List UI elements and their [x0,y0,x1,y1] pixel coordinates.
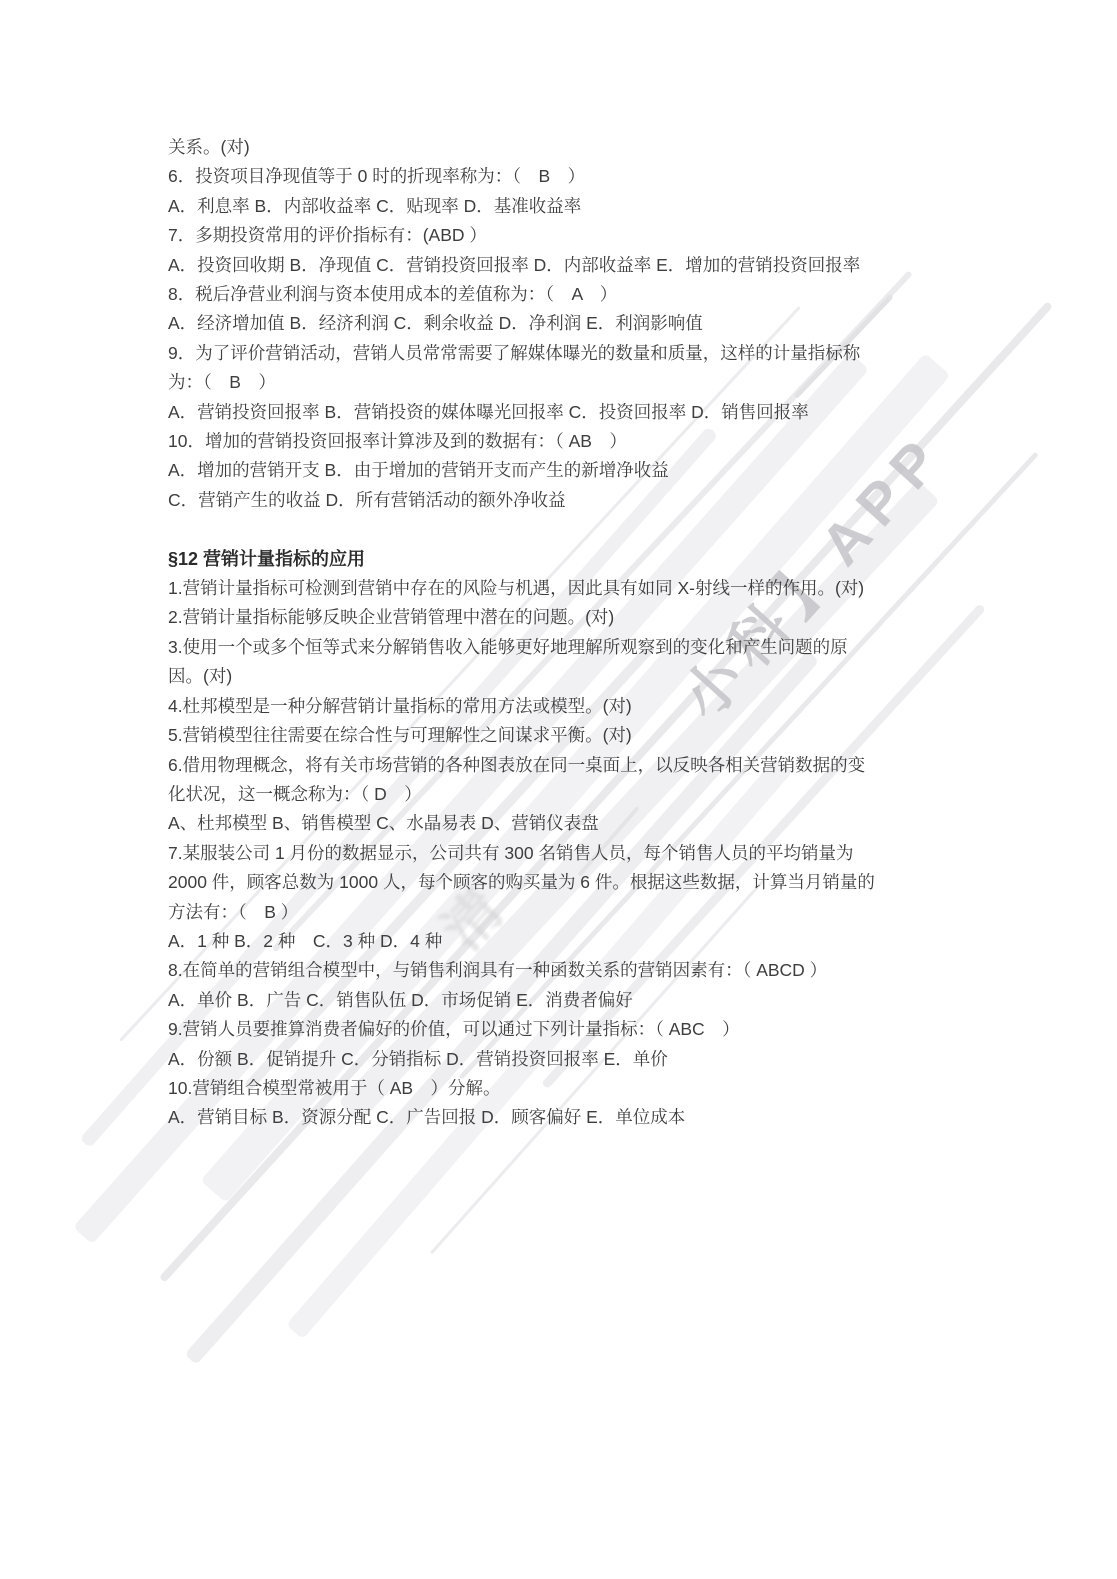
text-line: 6.借用物理概念，将有关市场营销的各种图表放在同一桌面上，以反映各相关营销数据的… [168,751,952,780]
text-line: 1.营销计量指标可检测到营销中存在的风险与机遇，因此具有如同 X-射线一样的作用… [168,574,952,603]
text-line: A．投资回收期 B．净现值 C．营销投资回报率 D．内部收益率 E．增加的营销投… [168,251,952,280]
text-line: A．营销投资回报率 B．营销投资的媒体曝光回报率 C．投资回报率 D．销售回报率 [168,398,952,427]
text-line: C．营销产生的收益 D．所有营销活动的额外净收益 [168,486,952,515]
text-line: 8.在简单的营销组合模型中，与销售利润具有一种函数关系的营销因素有：（ ABCD… [168,956,952,985]
text-line: 10.营销组合模型常被用于（ AB ）分解。 [168,1074,952,1103]
text-line: 化状况，这一概念称为：（ D ） [168,780,952,809]
text-line: 为：（ B ） [168,368,952,397]
text-line: 7．多期投资常用的评价指标有：(ABD ） [168,221,952,250]
text-line: 关系。(对) [168,133,952,162]
text-line: A．营销目标 B．资源分配 C．广告回报 D．顾客偏好 E．单位成本 [168,1103,952,1132]
document-lines: 关系。(对)6．投资项目净现值等于 0 时的折现率称为：（ B ）A．利息率 B… [168,133,952,1133]
text-line: A、杜邦模型 B、销售模型 C、水晶易表 D、营销仪表盘 [168,809,952,838]
text-line: A．单价 B．广告 C．销售队伍 D．市场促销 E．消费者偏好 [168,986,952,1015]
document-page: 清 小科】APP 关系。(对)6．投资项目净现值等于 0 时的折现率称为：（ B… [0,0,1117,1579]
text-line: 9.营销人员要推算消费者偏好的价值，可以通过下列计量指标：（ ABC ） [168,1015,952,1044]
text-line: 9．为了评价营销活动，营销人员常常需要了解媒体曝光的数量和质量，这样的计量指标称 [168,339,952,368]
text-line: 7.某服装公司 1 月份的数据显示，公司共有 300 名销售人员，每个销售人员的… [168,839,952,868]
text-line: 3.使用一个或多个恒等式来分解销售收入能够更好地理解所观察到的变化和产生问题的原 [168,633,952,662]
section-heading: §12 营销计量指标的应用 [168,545,952,574]
text-line: A．利息率 B．内部收益率 C．贴现率 D．基准收益率 [168,192,952,221]
text-line: A．经济增加值 B．经济利润 C．剩余收益 D．净利润 E．利润影响值 [168,309,952,338]
text-line: 因。(对) [168,662,952,691]
text-line: 4.杜邦模型是一种分解营销计量指标的常用方法或模型。(对) [168,692,952,721]
text-line: 5.营销模型往往需要在综合性与可理解性之间谋求平衡。(对) [168,721,952,750]
text-line: 6．投资项目净现值等于 0 时的折现率称为：（ B ） [168,162,952,191]
text-line: A．1 种 B．2 种 C．3 种 D．4 种 [168,927,952,956]
text-line: 8．税后净营业利润与资本使用成本的差值称为：（ A ） [168,280,952,309]
text-line: 10．增加的营销投资回报率计算涉及到的数据有：（ AB ） [168,427,952,456]
blank-line [168,515,952,544]
text-line: 2000 件，顾客总数为 1000 人，每个顾客的购买量为 6 件。根据这些数据… [168,868,952,897]
text-line: A．份额 B．促销提升 C．分销指标 D．营销投资回报率 E．单价 [168,1045,952,1074]
text-line: 2.营销计量指标能够反映企业营销管理中潜在的问题。(对) [168,603,952,632]
text-line: 方法有：（ B ） [168,898,952,927]
text-line: A．增加的营销开支 B．由于增加的营销开支而产生的新增净收益 [168,456,952,485]
